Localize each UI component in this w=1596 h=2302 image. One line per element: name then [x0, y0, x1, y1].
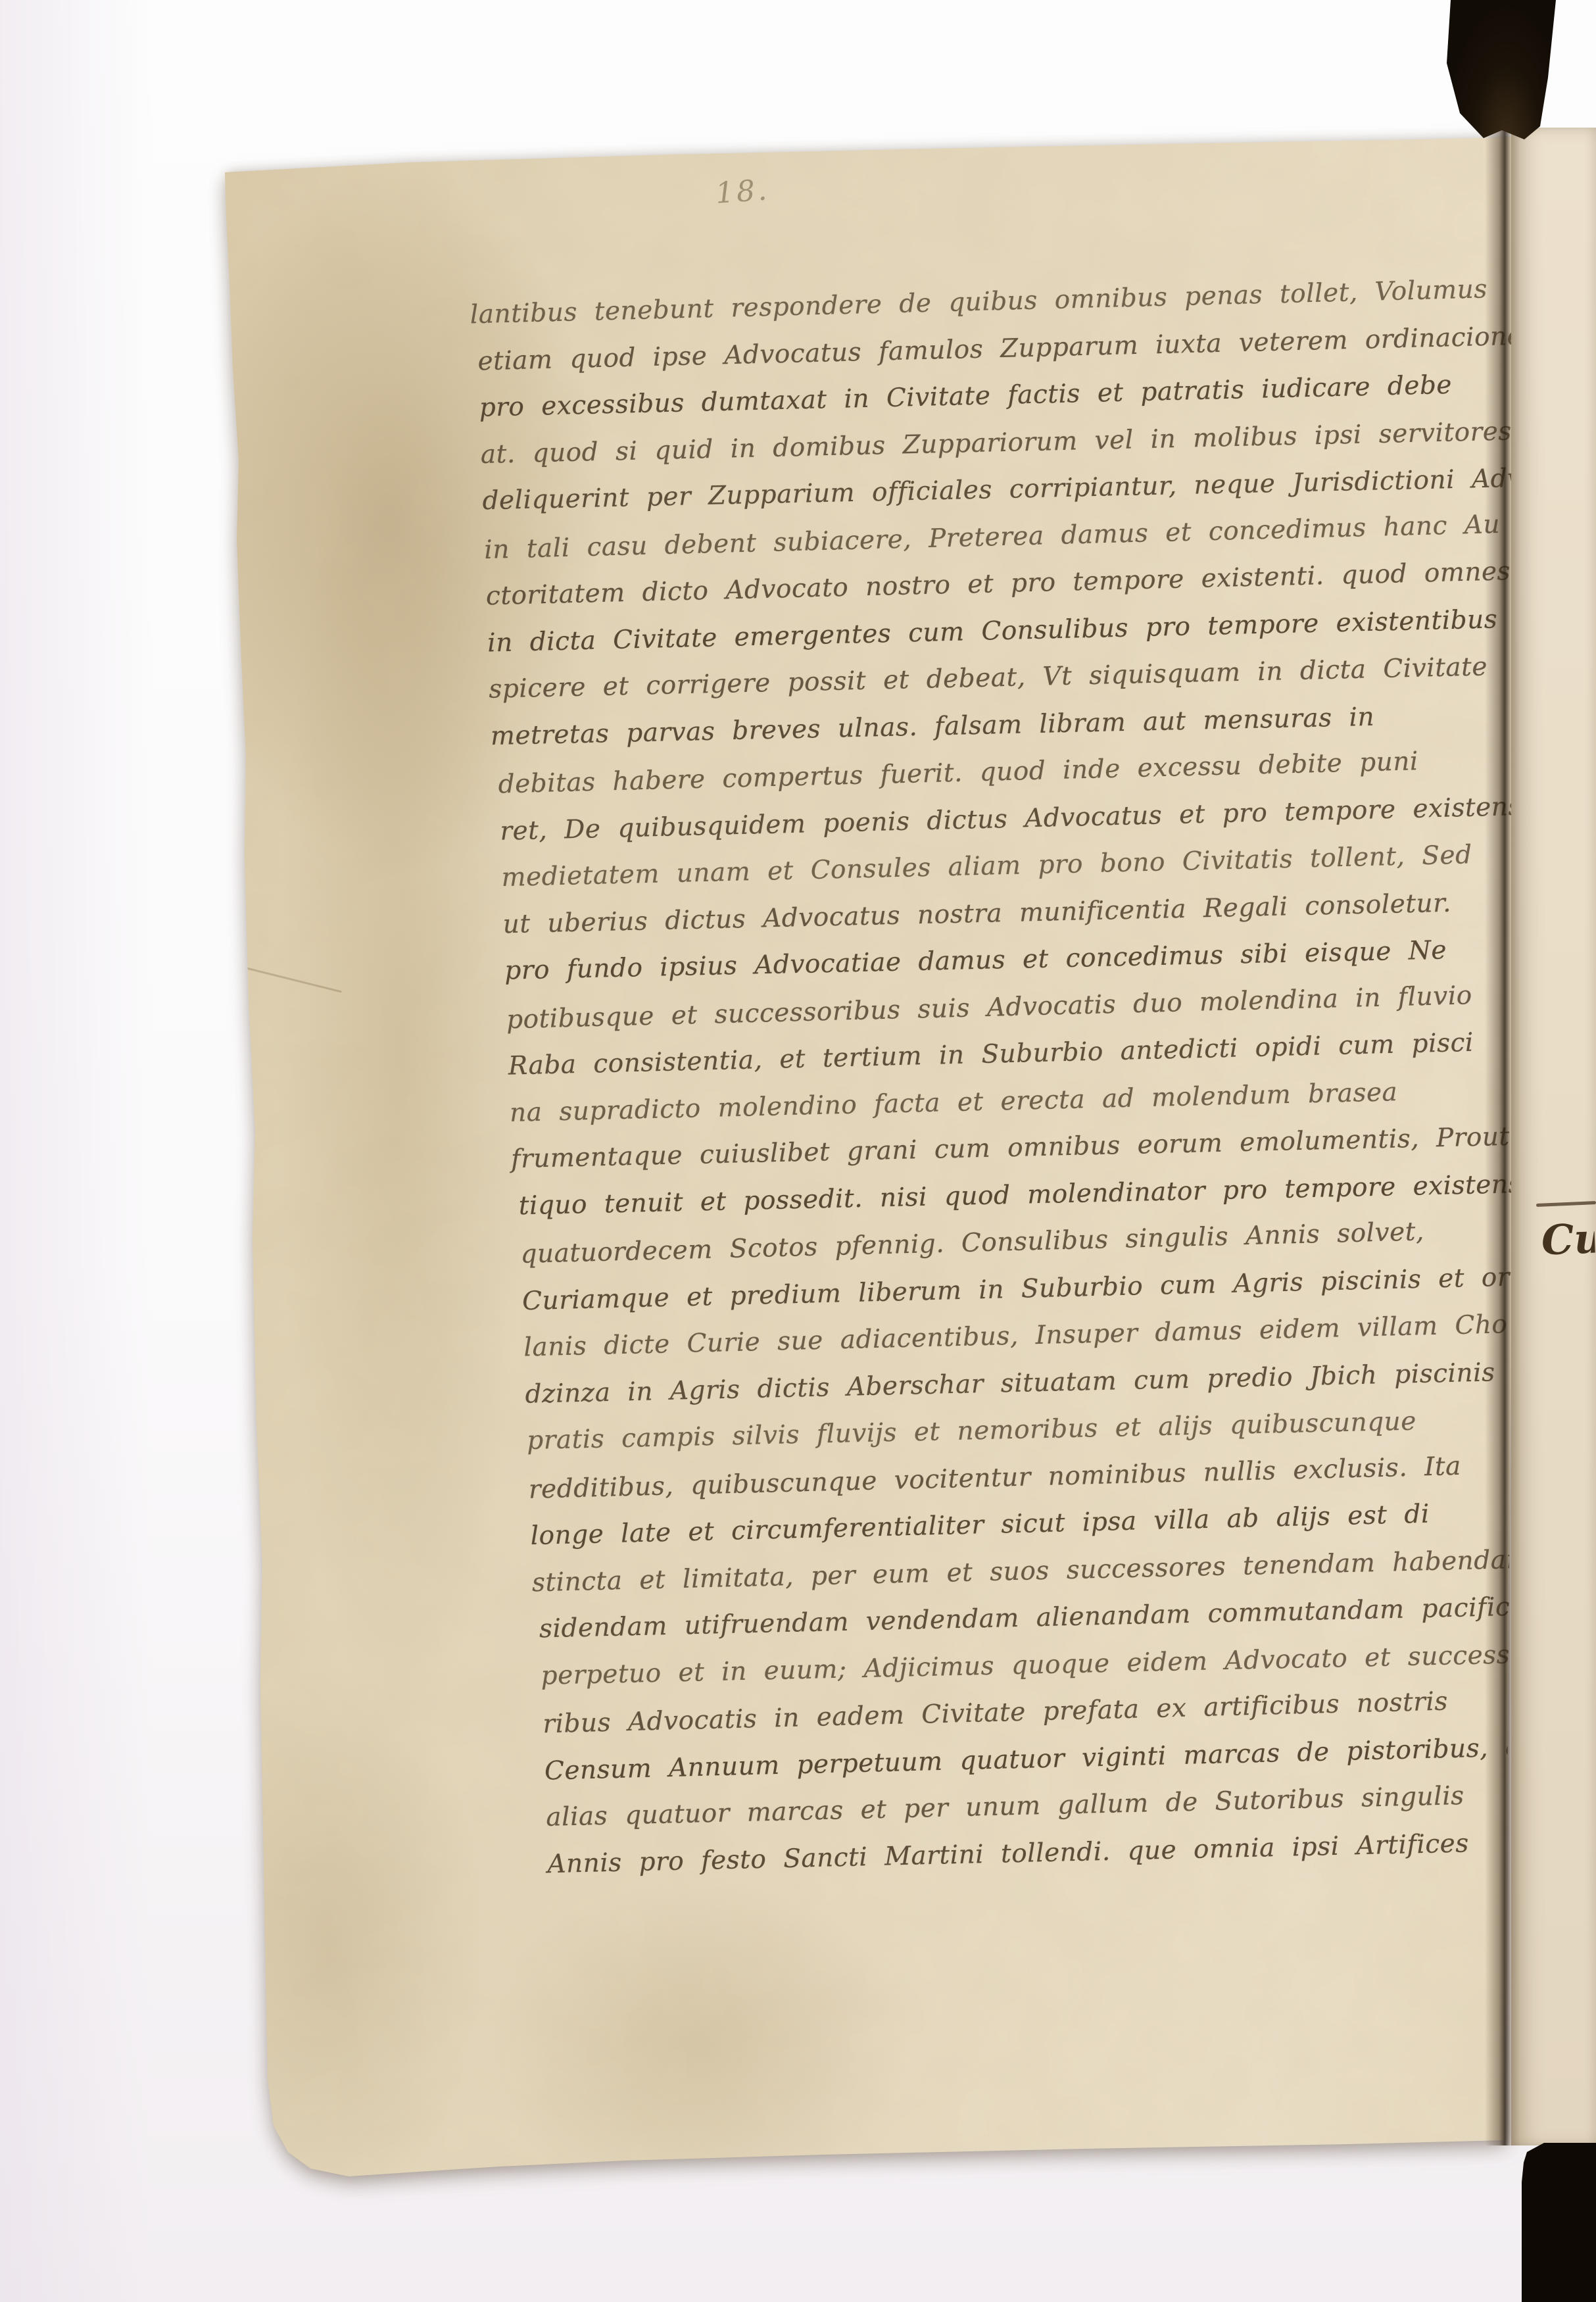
binding-tape-bottom	[1522, 2143, 1596, 2302]
manuscript-page-wrap: 18. lantibus tenebunt respondere de quib…	[0, 0, 1596, 2302]
manuscript-page: 18. lantibus tenebunt respondere de quib…	[0, 0, 1596, 2302]
margin-note-rule	[1536, 1201, 1596, 1207]
text-block: lantibus tenebunt respondere de quibus o…	[470, 266, 1546, 1890]
scan-background: { "scan": { "page_number": "18.", "lines…	[0, 0, 1596, 2302]
adjacent-page-edge: Cu	[1511, 128, 1596, 2145]
gutter-shadow	[1485, 130, 1520, 2145]
page-number: 18.	[714, 173, 770, 210]
margin-note: Cu	[1541, 1215, 1595, 1265]
